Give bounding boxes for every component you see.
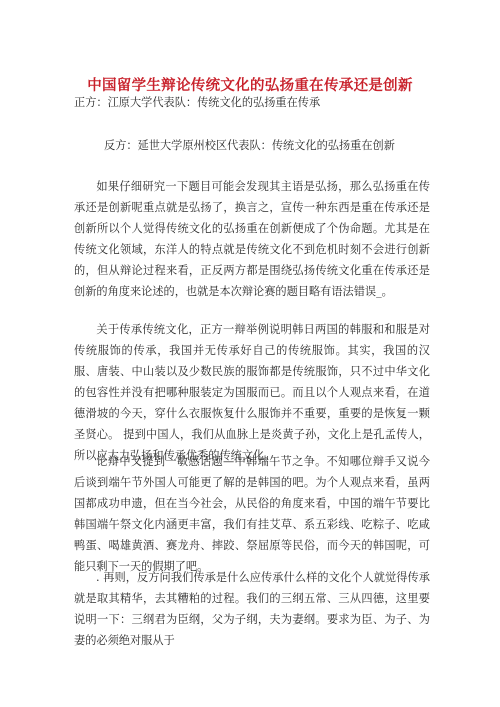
paragraph-text: 如果仔细研究一下题目可能会发现其主语是弘扬，那么弘扬重在传承还是创新呢重点就是弘… xyxy=(74,180,430,298)
paragraph-text: 关于传承传统文化，正方一辩举例说明韩日两国的韩服和和服是对传统服饰的传承，我国并… xyxy=(74,323,430,462)
paragraph-1: 如果仔细研究一下题目可能会发现其主语是弘扬，那么弘扬重在传承还是创新呢重点就是弘… xyxy=(74,176,430,302)
negative-side: 反方：延世大学原州校区代表队：传统文化的弘扬重在创新 xyxy=(104,139,395,153)
paragraph-3: 论辩中又提到一敏感话题—中韩端午节之争。不知哪位辩手又说今后谈到端午节外国人可能… xyxy=(74,451,430,577)
paragraph-2: 关于传承传统文化，正方一辩举例说明韩日两国的韩服和和服是对传统服饰的传承，我国并… xyxy=(74,319,430,466)
paragraph-text: . 再则，反方问我们传承是什么应传承什么样的文化个人就觉得传承就是取其精华，去其… xyxy=(74,571,430,647)
paragraph-4: . 再则，反方问我们传承是什么应传承什么样的文化个人就觉得传承就是取其精华，去其… xyxy=(74,567,430,651)
document-title: 中国留学生辩论传统文化的弘扬重在传承还是创新 xyxy=(0,74,500,95)
affirmative-side: 正方：江原大学代表队：传统文化的弘扬重在传承 xyxy=(74,96,320,110)
paragraph-text: 论辩中又提到一敏感话题—中韩端午节之争。不知哪位辩手又说今后谈到端午节外国人可能… xyxy=(74,455,430,573)
